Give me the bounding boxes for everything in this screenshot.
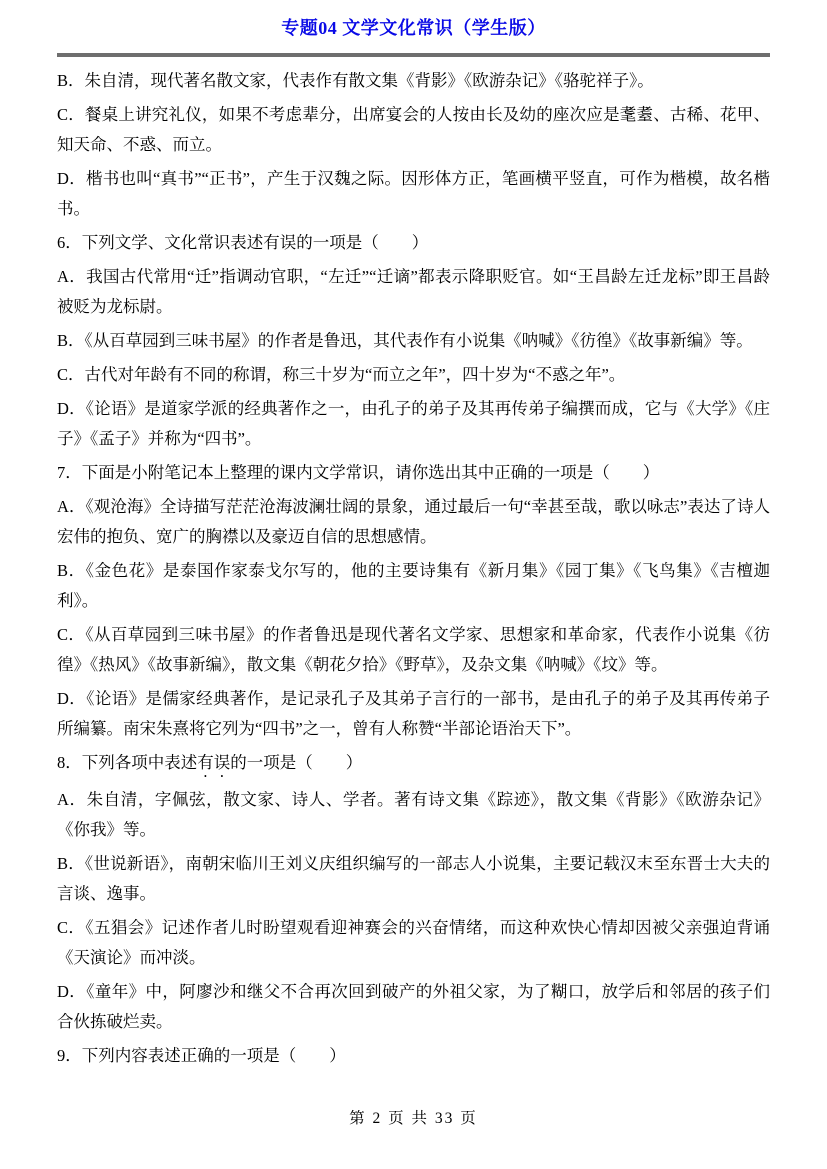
q7-option-c: C．《从百草园到三味书屋》的作者鲁迅是现代著名文学家、思想家和革命家，代表作小说… bbox=[57, 620, 770, 680]
question-6: 6．下列文学、文化常识表述有误的一项是（ ） bbox=[57, 228, 770, 258]
q5-option-d: D．楷书也叫“真书”“正书”，产生于汉魏之际。因形体方正，笔画横平竖直，可作为楷… bbox=[57, 164, 770, 224]
q8-option-b: B．《世说新语》，南朝宋临川王刘义庆组织编写的一部志人小说集，主要记载汉末至东晋… bbox=[57, 849, 770, 909]
question-8: 8．下列各项中表述有误的一项是（ ） bbox=[57, 748, 770, 781]
page-footer: 第 2 页 共 33 页 bbox=[0, 1106, 827, 1128]
q8-option-d: D．《童年》中，阿廖沙和继父不合再次回到破产的外祖父家，为了糊口，放学后和邻居的… bbox=[57, 977, 770, 1037]
question-9: 9．下列内容表述正确的一项是（ ） bbox=[57, 1041, 770, 1071]
question-8-suffix: 的一项是（ ） bbox=[230, 753, 362, 772]
q7-option-a: A．《观沧海》全诗描写茫茫沧海波澜壮阔的景象，通过最后一句“幸甚至哉，歌以咏志”… bbox=[57, 492, 770, 552]
q8-option-a: A．朱自清，字佩弦，散文家、诗人、学者。著有诗文集《踪迹》，散文集《背影》《欧游… bbox=[57, 785, 770, 845]
question-8-prefix: 8．下列各项中表述 bbox=[57, 753, 197, 772]
q6-option-c: C．古代对年龄有不同的称谓，称三十岁为“而立之年”，四十岁为“不惑之年”。 bbox=[57, 360, 770, 390]
q6-option-a: A．我国古代常用“迁”指调动官职，“左迁”“迁谪”都表示降职贬官。如“王昌龄左迁… bbox=[57, 262, 770, 322]
page-title: 专题04 文学文化常识（学生版） bbox=[0, 0, 827, 44]
q5-option-c: C．餐桌上讲究礼仪，如果不考虑辈分，出席宴会的人按由长及幼的座次应是耄耋、古稀、… bbox=[57, 100, 770, 160]
q6-option-b: B．《从百草园到三味书屋》的作者是鲁迅，其代表作有小说集《呐喊》《彷徨》《故事新… bbox=[57, 326, 770, 356]
question-7: 7．下面是小附笔记本上整理的课内文学常识，请你选出其中正确的一项是（ ） bbox=[57, 458, 770, 488]
document-page: 专题04 文学文化常识（学生版） B．朱自清，现代著名散文家，代表作有散文集《背… bbox=[0, 0, 827, 1169]
q5-option-b: B．朱自清，现代著名散文家，代表作有散文集《背影》《欧游杂记》《骆驼祥子》。 bbox=[57, 66, 770, 96]
question-8-emphasized: 有误 bbox=[197, 753, 230, 772]
q8-option-c: C．《五猖会》记述作者儿时盼望观看迎神赛会的兴奋情绪，而这种欢快心情却因被父亲强… bbox=[57, 913, 770, 973]
q7-option-d: D．《论语》是儒家经典著作，是记录孔子及其弟子言行的一部书，是由孔子的弟子及其再… bbox=[57, 684, 770, 744]
q7-option-b: B．《金色花》是泰国作家泰戈尔写的，他的主要诗集有《新月集》《园丁集》《飞鸟集》… bbox=[57, 556, 770, 616]
document-body: B．朱自清，现代著名散文家，代表作有散文集《背影》《欧游杂记》《骆驼祥子》。 C… bbox=[57, 66, 770, 1071]
header-rule bbox=[57, 53, 770, 57]
q6-option-d: D．《论语》是道家学派的经典著作之一，由孔子的弟子及其再传弟子编撰而成，它与《大… bbox=[57, 394, 770, 454]
